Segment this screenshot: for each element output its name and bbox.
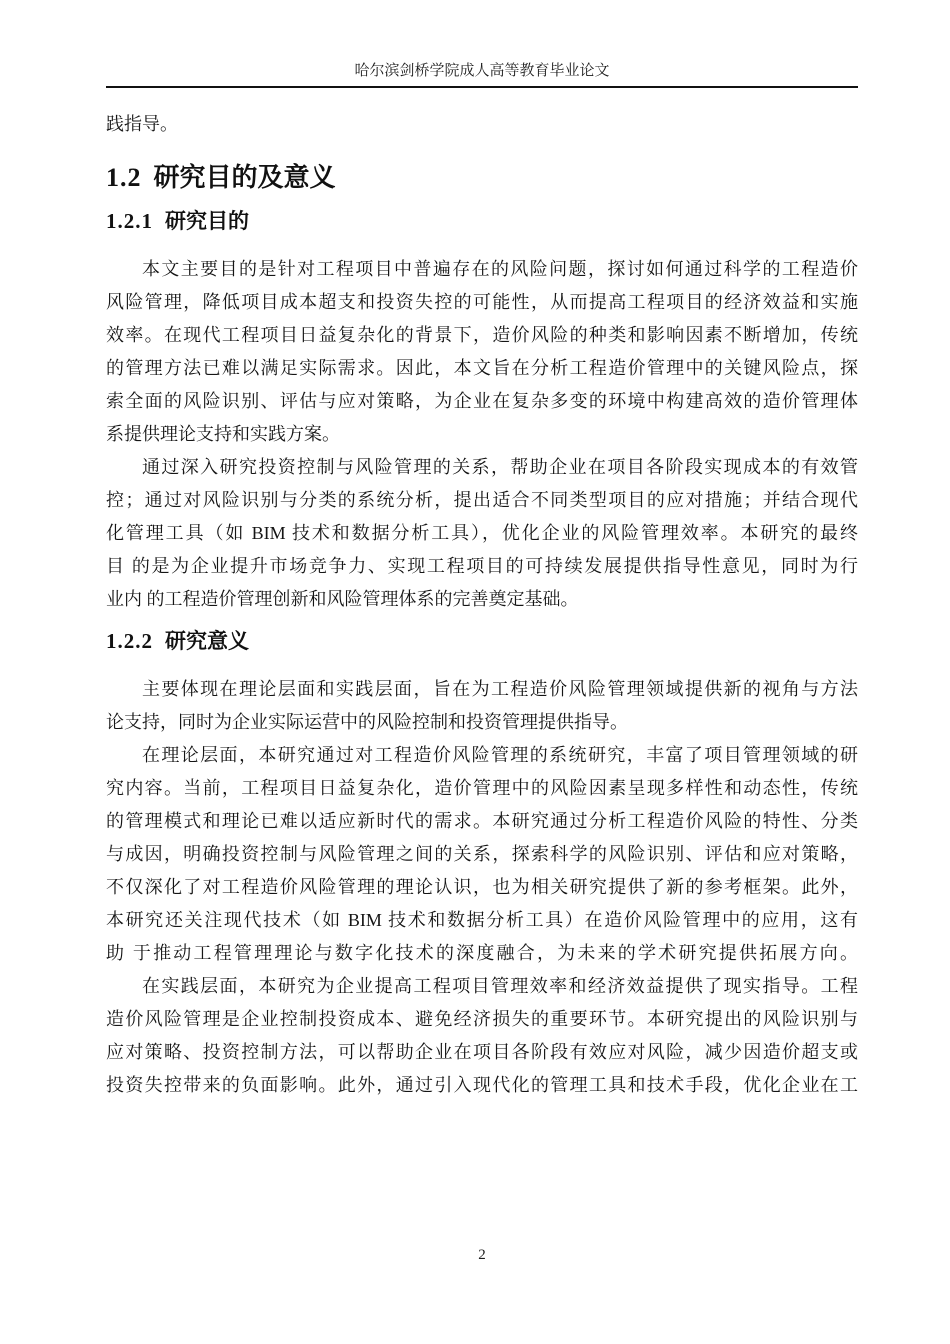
heading-1-2-2-number: 1.2.2 <box>106 629 153 653</box>
paragraph: 在理论层面，本研究通过对工程造价风险管理的系统研究，丰富了项目管理领域的研究内容… <box>106 739 858 970</box>
text-line: 业内 的工程造价管理创新和风险管理体系的完善奠定基础。 <box>106 583 858 616</box>
text-line: 的管理模式和理论已难以适应新时代的需求。本研究通过分析工程造价风险的特性、分类 <box>106 805 858 838</box>
heading-1-2-2-title: 研究意义 <box>165 630 249 653</box>
paragraph: 在实践层面，本研究为企业提高工程项目管理效率和经济效益提供了现实指导。工程造价风… <box>106 970 858 1102</box>
heading-1-2-1-number: 1.2.1 <box>106 209 153 233</box>
text-line: 系提供理论支持和实践方案。 <box>106 418 858 451</box>
text-line: 控；通过对风险识别与分类的系统分析，提出适合不同类型项目的应对措施；并结合现代 <box>106 484 858 517</box>
text-line: 风险管理，降低项目成本超支和投资失控的可能性，从而提高工程项目的经济效益和实施 <box>106 286 858 319</box>
document-page: 哈尔滨剑桥学院成人高等教育毕业论文 践指导。 1.2研究目的及意义 1.2.1研… <box>0 0 950 1344</box>
paragraph: 通过深入研究投资控制与风险管理的关系，帮助企业在项目各阶段实现成本的有效管控；通… <box>106 451 858 616</box>
text-line: 本文主要目的是针对工程项目中普遍存在的风险问题，探讨如何通过科学的工程造价 <box>106 253 858 286</box>
heading-1-2-1: 1.2.1研究目的 <box>106 206 858 237</box>
text-line: 助 于推动工程管理理论与数字化技术的深度融合，为未来的学术研究提供拓展方向。 <box>106 937 858 970</box>
text-line: 效率。在现代工程项目日益复杂化的背景下，造价风险的种类和影响因素不断增加，传统 <box>106 319 858 352</box>
text-line: 究内容。当前，工程项目日益复杂化，造价管理中的风险因素呈现多样性和动态性，传统 <box>106 772 858 805</box>
text-line: 主要体现在理论层面和实践层面，旨在为工程造价风险管理领域提供新的视角与方法 <box>106 673 858 706</box>
text-line: 在理论层面，本研究通过对工程造价风险管理的系统研究，丰富了项目管理领域的研 <box>106 739 858 772</box>
text-line: 投资失控带来的负面影响。此外，通过引入现代化的管理工具和技术手段，优化企业在工 <box>106 1069 858 1102</box>
text-line: 通过深入研究投资控制与风险管理的关系，帮助企业在项目各阶段实现成本的有效管 <box>106 451 858 484</box>
text-line: 索全面的风险识别、评估与应对策略，为企业在复杂多变的环境中构建高效的造价管理体 <box>106 385 858 418</box>
heading-1-2-number: 1.2 <box>106 163 142 192</box>
text-line: 在实践层面，本研究为企业提高工程项目管理效率和经济效益提供了现实指导。工程 <box>106 970 858 1003</box>
running-header: 哈尔滨剑桥学院成人高等教育毕业论文 <box>106 58 858 88</box>
heading-1-2-2: 1.2.2研究意义 <box>106 626 858 657</box>
text-line: 与成因，明确投资控制与风险管理之间的关系，探索科学的风险识别、评估和应对策略， <box>106 838 858 871</box>
document-body: 践指导。 1.2研究目的及意义 1.2.1研究目的 本文主要目的是针对工程项目中… <box>106 108 858 1102</box>
page-number: 2 <box>478 1247 486 1263</box>
text-line: 化管理工具（如 BIM 技术和数据分析工具），优化企业的风险管理效率。本研究的最… <box>106 517 858 550</box>
text-line: 论支持，同时为企业实际运营中的风险控制和投资管理提供指导。 <box>106 706 858 739</box>
heading-1-2-1-title: 研究目的 <box>165 210 249 233</box>
paragraph: 主要体现在理论层面和实践层面，旨在为工程造价风险管理领域提供新的视角与方法论支持… <box>106 673 858 739</box>
text-line: 目 的是为企业提升市场竞争力、实现工程项目的可持续发展提供指导性意见，同时为行 <box>106 550 858 583</box>
text-line: 本研究还关注现代技术（如 BIM 技术和数据分析工具）在造价风险管理中的应用，这… <box>106 904 858 937</box>
text-line: 应对策略、投资控制方法，可以帮助企业在项目各阶段有效应对风险，减少因造价超支或 <box>106 1036 858 1069</box>
section-1-2-1-paragraphs: 本文主要目的是针对工程项目中普遍存在的风险问题，探讨如何通过科学的工程造价风险管… <box>106 253 858 616</box>
text-line: 不仅深化了对工程造价风险管理的理论认识，也为相关研究提供了新的参考框架。此外， <box>106 871 858 904</box>
carryover-paragraph-fragment: 践指导。 <box>106 108 858 141</box>
text-line: 的管理方法已难以满足实际需求。因此，本文旨在分析工程造价管理中的关键风险点，探 <box>106 352 858 385</box>
header-rule <box>106 86 858 88</box>
page-footer: 2 <box>106 1244 858 1266</box>
text-line: 造价风险管理是企业控制投资成本、避免经济损失的重要环节。本研究提出的风险识别与 <box>106 1003 858 1036</box>
heading-1-2-title: 研究目的及意义 <box>154 162 336 192</box>
header-title: 哈尔滨剑桥学院成人高等教育毕业论文 <box>106 58 858 84</box>
heading-1-2: 1.2研究目的及意义 <box>106 159 858 196</box>
section-1-2-2-paragraphs: 主要体现在理论层面和实践层面，旨在为工程造价风险管理领域提供新的视角与方法论支持… <box>106 673 858 1102</box>
paragraph: 本文主要目的是针对工程项目中普遍存在的风险问题，探讨如何通过科学的工程造价风险管… <box>106 253 858 451</box>
